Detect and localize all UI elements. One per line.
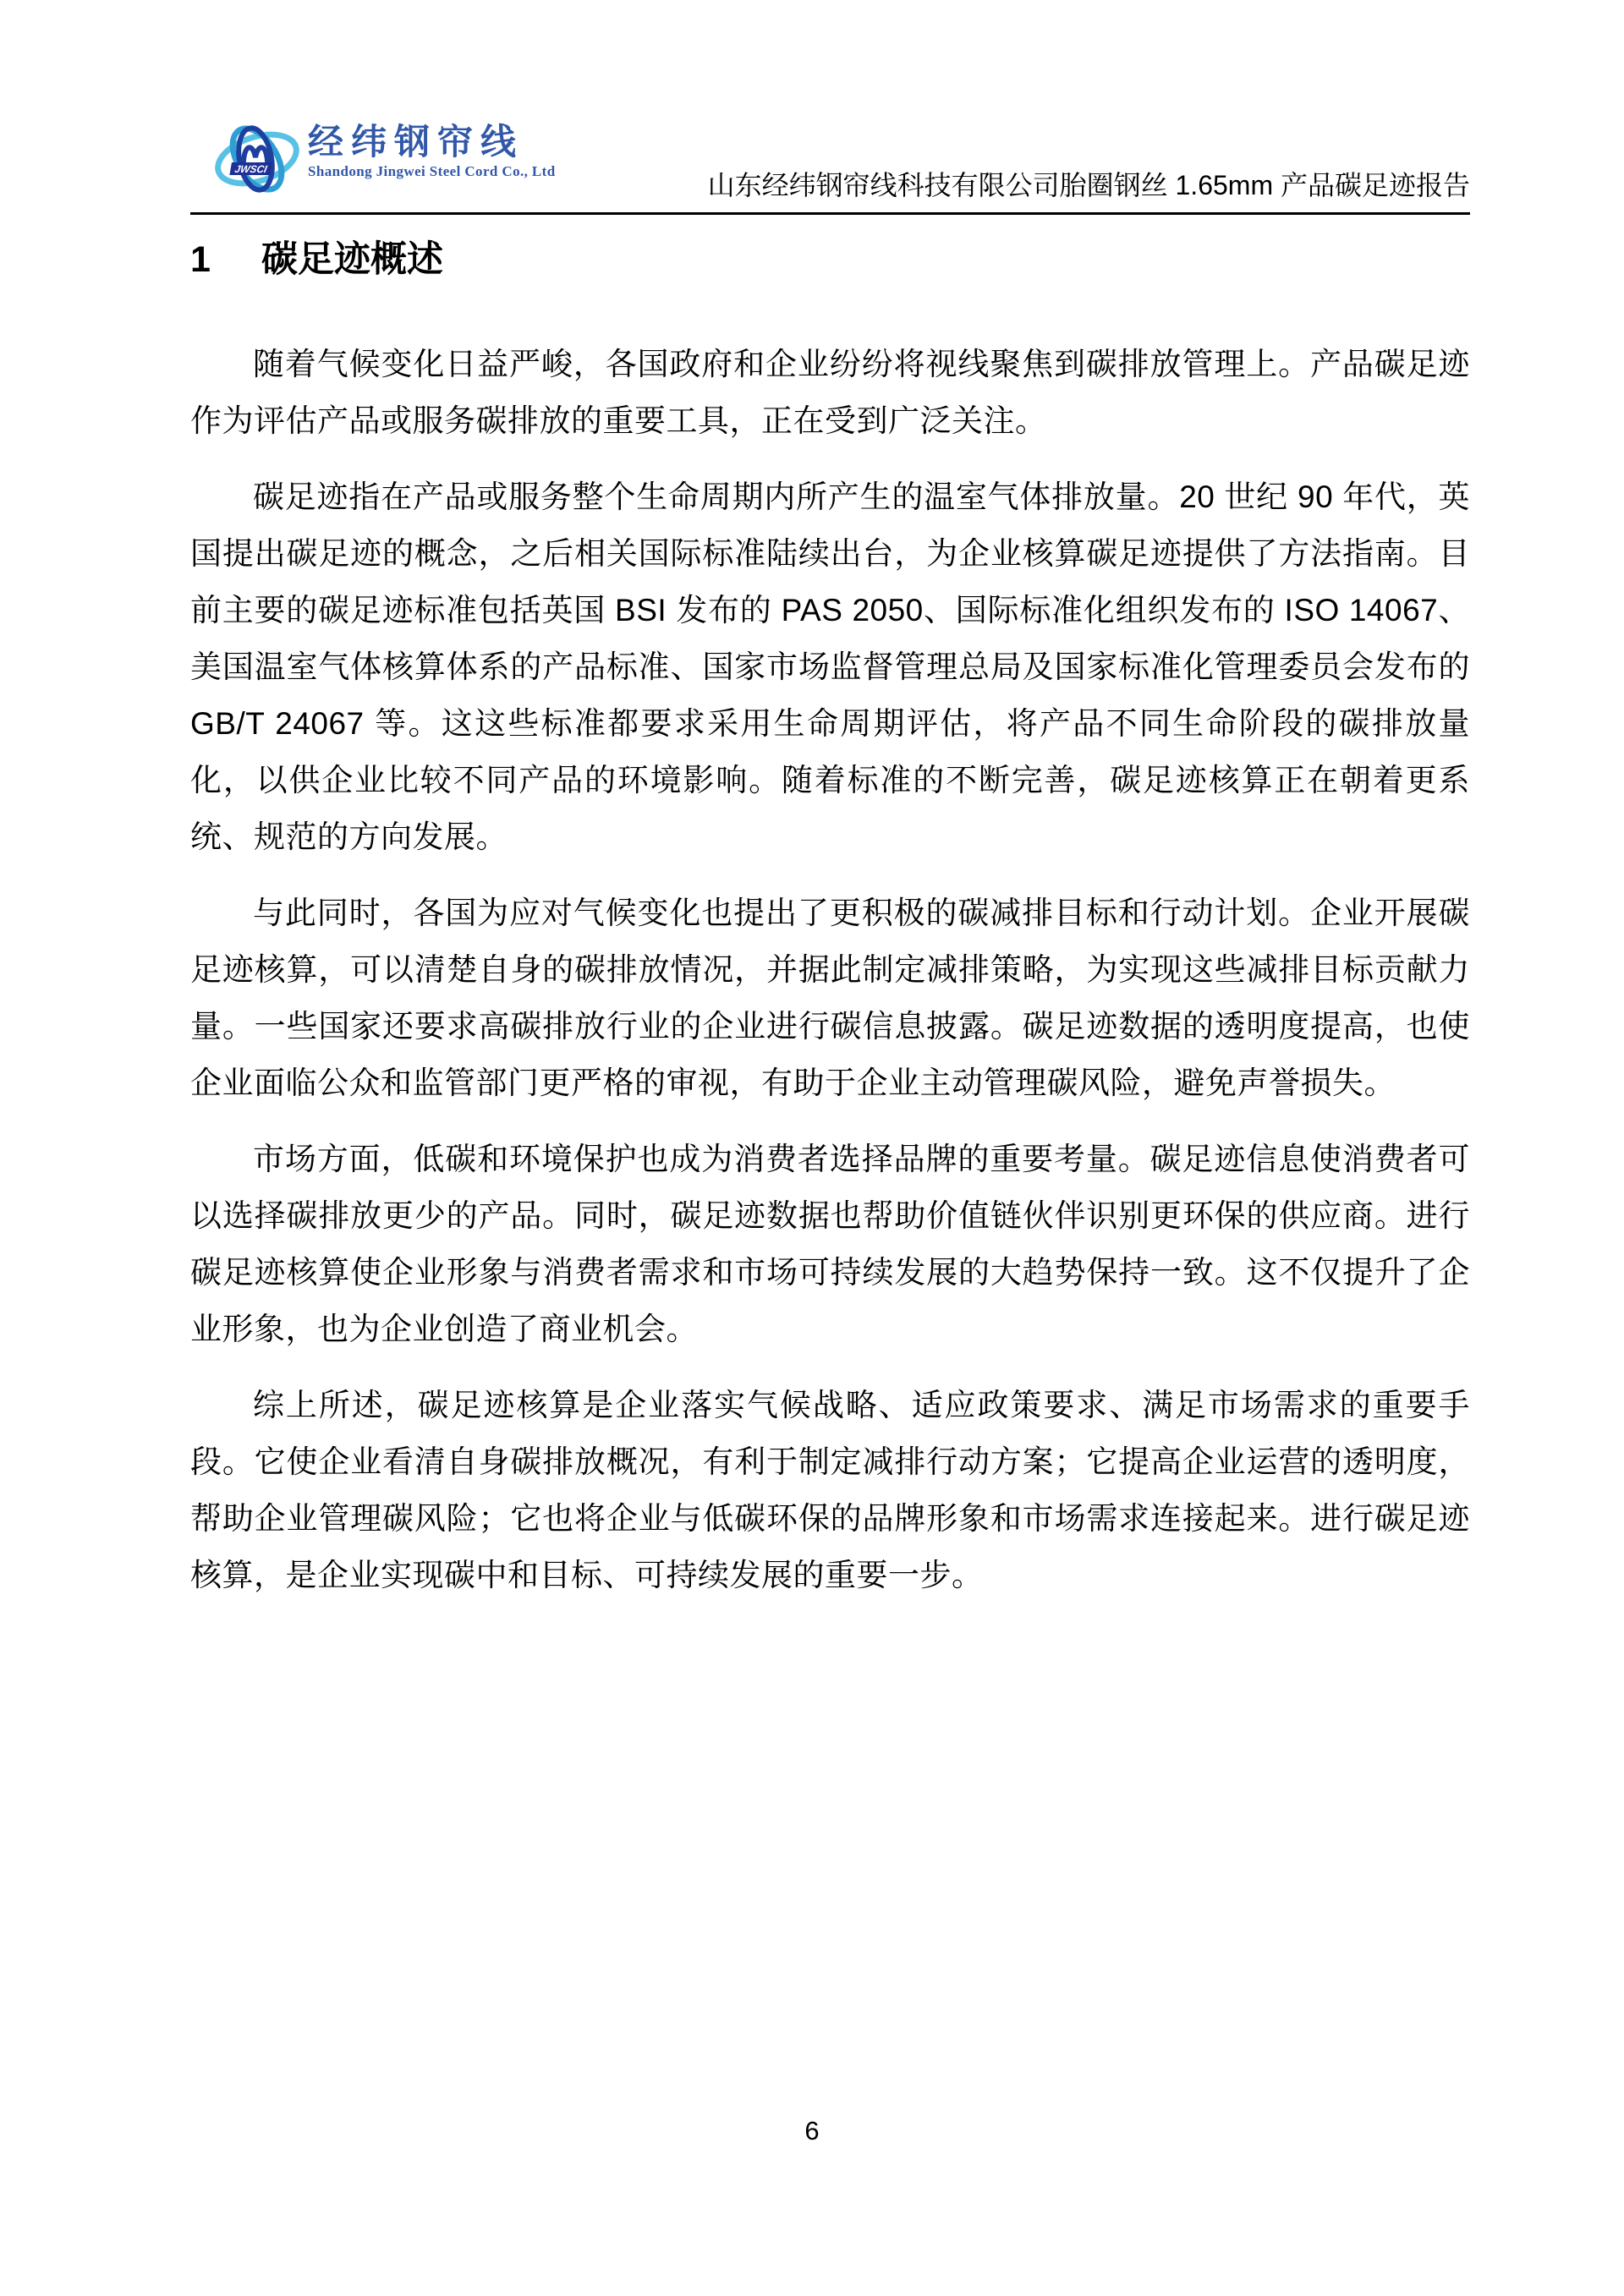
paragraph-market: 市场方面，低碳和环境保护也成为消费者选择品牌的重要考量。碳足迹信息使消费者可以选… (190, 1131, 1470, 1357)
logo-banner: JWSCI (229, 162, 272, 175)
paragraph-definition-standards: 碳足迹指在产品或服务整个生命周期内所产生的温室气体排放量。20 世纪 90 年代… (190, 469, 1470, 865)
logo-chinese-name: 经纬钢帘线 (308, 123, 556, 161)
globe-logo-icon: JWSCI (213, 125, 301, 193)
page-number: 6 (804, 2116, 819, 2145)
paragraph-intro: 随着气候变化日益严峻，各国政府和企业纷纷将视线聚焦到碳排放管理上。产品碳足迹作为… (190, 336, 1470, 449)
document-page: JWSCI 经纬钢帘线 Shandong Jingwei Steel Cord … (0, 0, 1624, 2296)
section-heading: 1 碳足迹概述 (190, 239, 1470, 280)
paragraph-summary: 综上所述，碳足迹核算是企业落实气候战略、适应政策要求、满足市场需求的重要手段。它… (190, 1377, 1470, 1603)
report-header-title: 山东经纬钢帘线科技有限公司胎圈钢丝 1.65mm 产品碳足迹报告 (474, 170, 1470, 200)
logo-monogram: JWSCI (233, 163, 268, 175)
section-title: 碳足迹概述 (261, 239, 443, 280)
document-footer: 6 (0, 2116, 1624, 2146)
paragraph-policy: 与此同时，各国为应对气候变化也提出了更积极的碳减排目标和行动计划。企业开展碳足迹… (190, 885, 1470, 1111)
document-body: 1 碳足迹概述 随着气候变化日益严峻，各国政府和企业纷纷将视线聚焦到碳排放管理上… (190, 239, 1470, 1623)
section-number: 1 (190, 239, 261, 280)
header-divider (190, 212, 1470, 215)
